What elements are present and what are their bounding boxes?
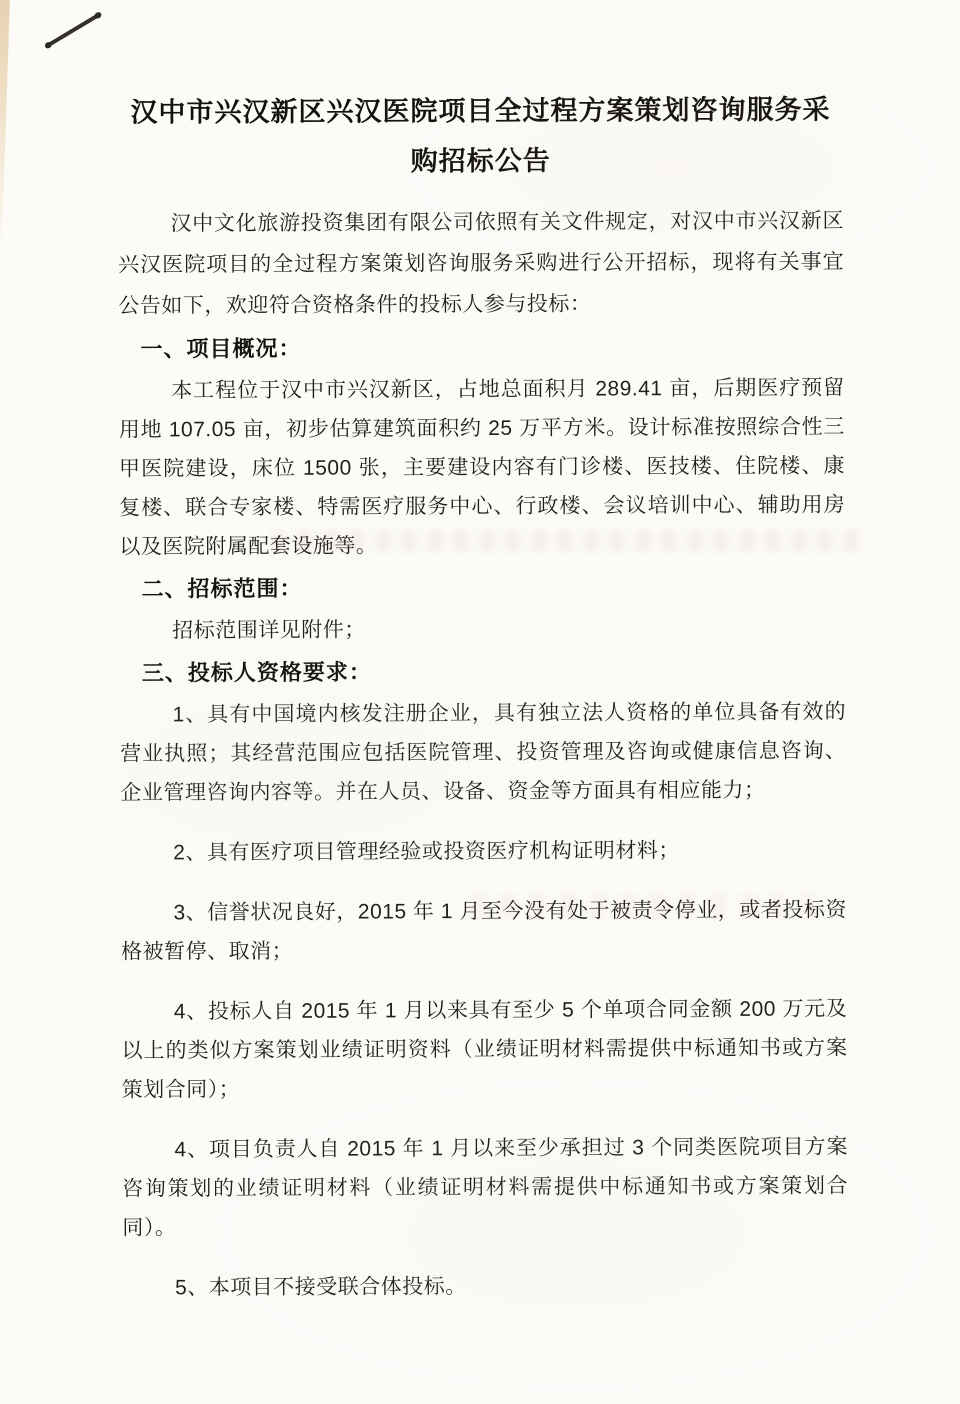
- scanned-document-page: 汉中市兴汉新区兴汉医院项目全过程方案策划咨询服务采 购招标公告 汉中文化旅游投资…: [0, 0, 960, 1404]
- paper-scan-edge-artifact: [0, 0, 16, 260]
- document-content: 汉中市兴汉新区兴汉医院项目全过程方案策划咨询服务采 购招标公告 汉中文化旅游投资…: [117, 84, 848, 1307]
- intro-paragraph: 汉中文化旅游投资集团有限公司依照有关文件规定，对汉中市兴汉新区兴汉医院项目的全过…: [118, 200, 845, 326]
- qualification-item-1: 1、具有中国境内核发注册企业，具有独立法人资格的单位具备有效的营业执照；其经营范…: [120, 692, 847, 812]
- document-title-line1: 汉中市兴汉新区兴汉医院项目全过程方案策划咨询服务采: [130, 94, 830, 127]
- section-heading-project-overview: 一、项目概况：: [140, 326, 844, 368]
- document-title-line2: 购招标公告: [411, 146, 551, 177]
- section-body-project-overview: 本工程位于汉中市兴汉新区，占地总面积月 289.41 亩，后期医疗预留用地 10…: [119, 368, 846, 566]
- document-title: 汉中市兴汉新区兴汉医院项目全过程方案策划咨询服务采 购招标公告: [117, 84, 843, 187]
- pen-stroke-mark: [46, 13, 100, 48]
- section-heading-tender-scope: 二、招标范围：: [141, 566, 845, 608]
- section-heading-bidder-qualifications: 三、投标人资格要求：: [142, 650, 846, 692]
- section-body-tender-scope: 招标范围详见附件；: [120, 608, 846, 650]
- qualification-item-3: 3、信誉状况良好，2015 年 1 月至今没有处于被责令停业，或者投标资格被暂停…: [121, 890, 847, 971]
- qualification-item-4b: 4、项目负责人自 2015 年 1 月以来至少承担过 3 个同类医院项目方案咨询…: [122, 1127, 849, 1247]
- qualification-item-4: 4、投标人自 2015 年 1 月以来具有至少 5 个单项合同金额 200 万元…: [121, 989, 848, 1109]
- qualification-item-5: 5、本项目不接受联合体投标。: [122, 1265, 848, 1307]
- qualification-item-2: 2、具有医疗项目管理经验或投资医疗机构证明材料；: [121, 830, 847, 872]
